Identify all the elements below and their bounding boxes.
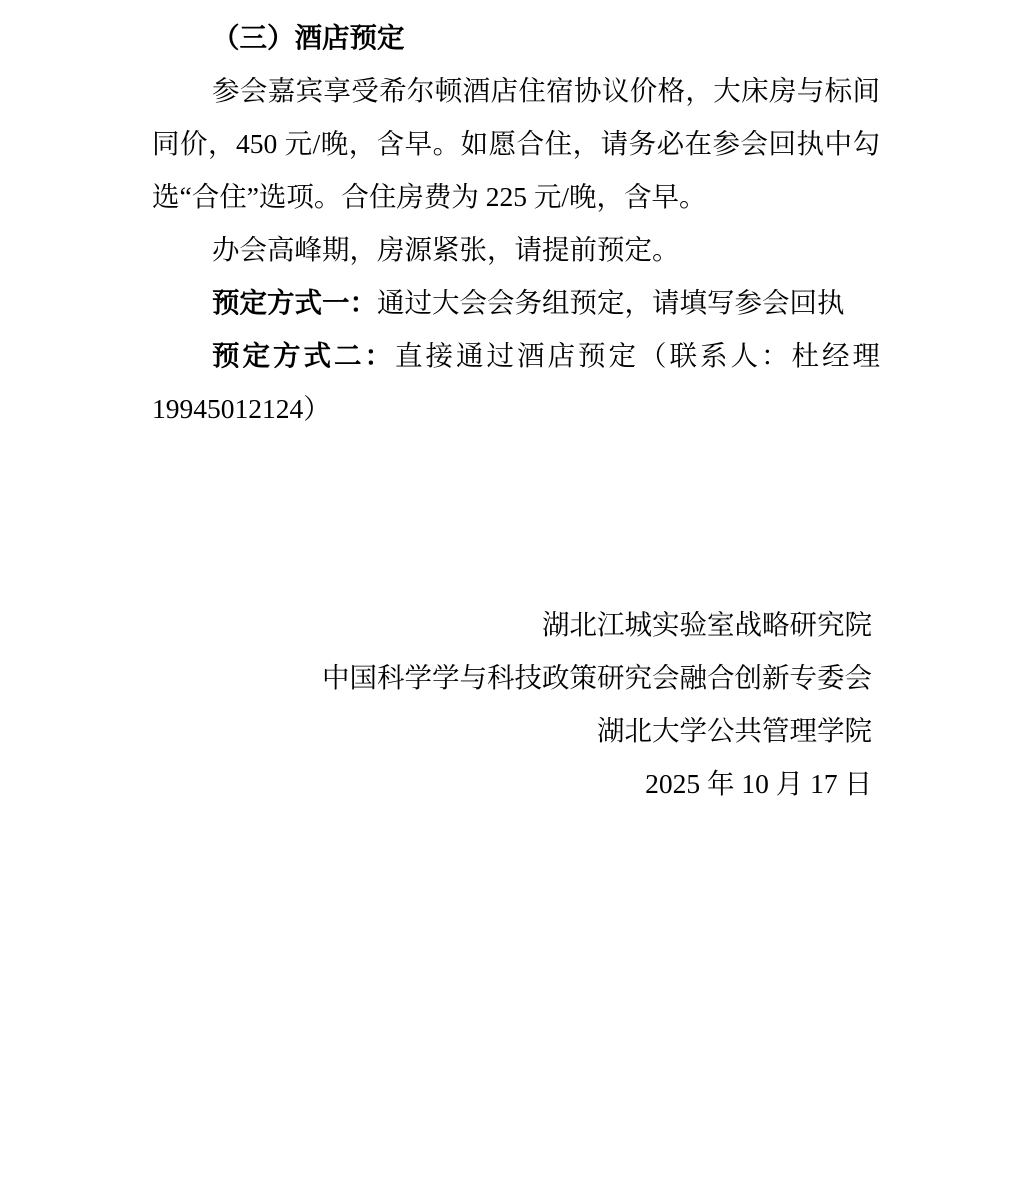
signature-block: 湖北江城实验室战略研究院 中国科学学与科技政策研究会融合创新专委会 湖北大学公共…: [152, 598, 880, 810]
document-page: （三）酒店预定 参会嘉宾享受希尔顿酒店住宿协议价格，大床房与标间 同价，450 …: [0, 0, 1024, 1195]
price-paragraph-line-2: 同价，450 元/晚，含早。如愿合住，请务必在参会回执中勾: [152, 117, 880, 170]
signature-org-1: 湖北江城实验室战略研究院: [152, 598, 872, 651]
signature-date: 2025 年 10 月 17 日: [152, 757, 872, 810]
booking-method-1-label: 预定方式一：: [212, 287, 377, 318]
signature-org-2: 中国科学学与科技政策研究会融合创新专委会: [152, 651, 872, 704]
booking-method-2-phone: 19945012124）: [152, 382, 880, 435]
peak-season-note: 办会高峰期，房源紧张，请提前预定。: [152, 223, 880, 276]
booking-method-2-text: 直接通过酒店预定（联系人：杜经理: [395, 340, 880, 371]
signature-org-3: 湖北大学公共管理学院: [152, 704, 872, 757]
booking-method-1-text: 通过大会会务组预定，请填写参会回执: [377, 287, 845, 318]
booking-method-1: 预定方式一：通过大会会务组预定，请填写参会回执: [152, 276, 880, 329]
booking-method-2: 预定方式二：直接通过酒店预定（联系人：杜经理: [152, 329, 880, 382]
section-heading-hotel-booking: （三）酒店预定: [152, 11, 880, 64]
booking-method-2-label: 预定方式二：: [212, 340, 395, 371]
price-paragraph-line-1: 参会嘉宾享受希尔顿酒店住宿协议价格，大床房与标间: [152, 64, 880, 117]
price-paragraph-line-3: 选“合住”选项。合住房费为 225 元/晚，含早。: [152, 170, 880, 223]
